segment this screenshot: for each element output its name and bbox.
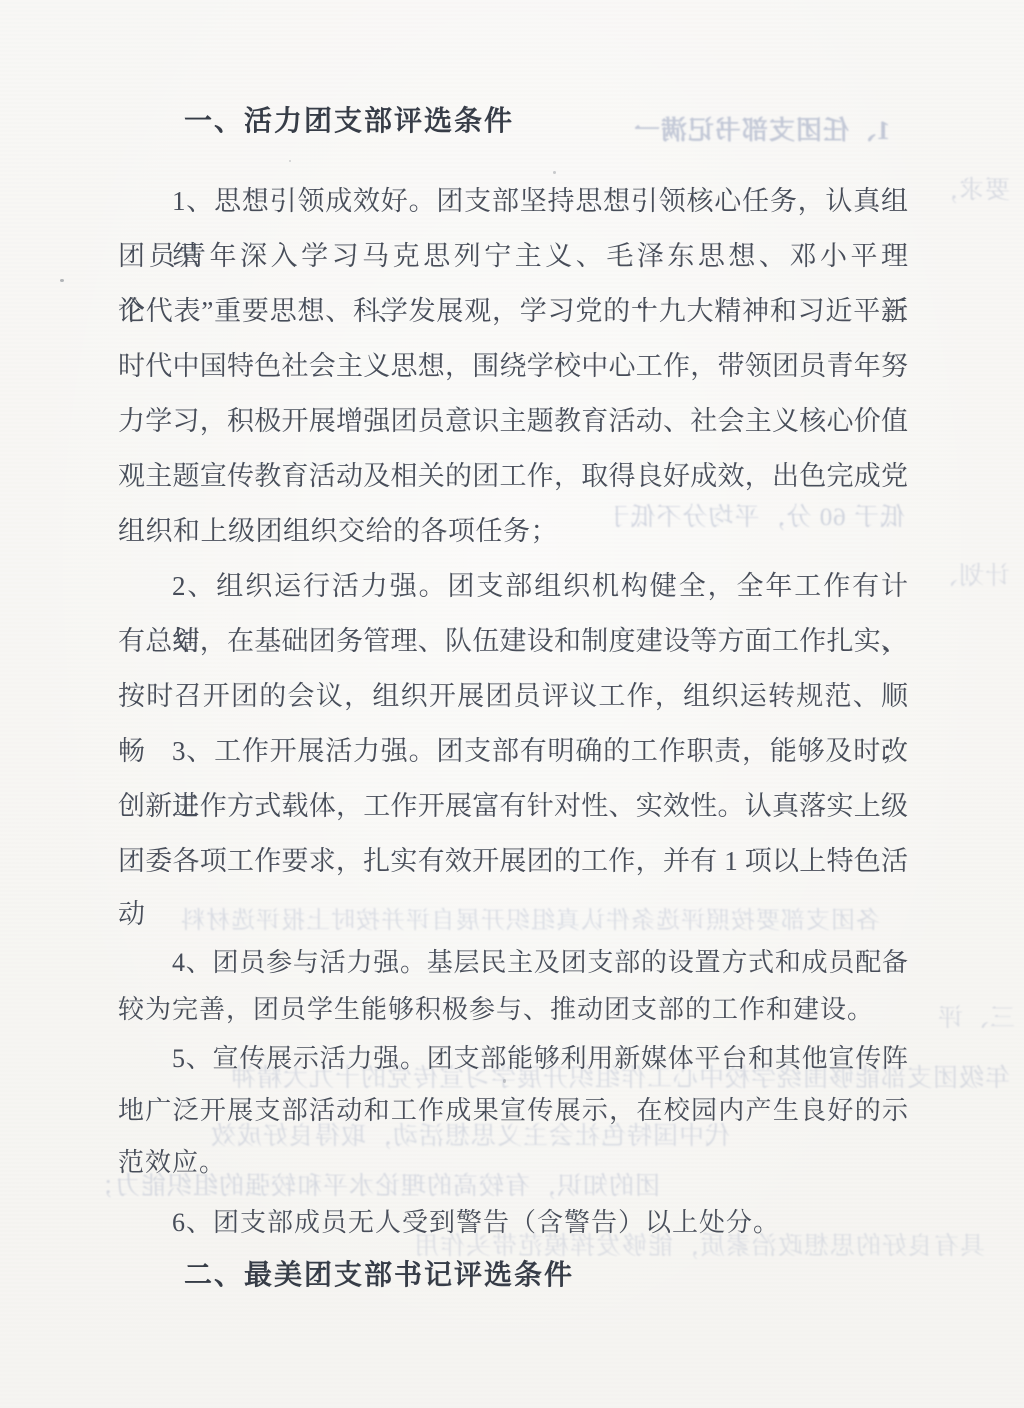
text-line: 团委各项工作要求，扎实有效开展团的工作，并有 1 项以上特色活 xyxy=(118,834,908,889)
paragraph-5: 5、宣传展示活力强。团支部能够利用新媒体平台和其他宣传阵 地广泛开展支部活动和工… xyxy=(118,1033,908,1189)
text-line: 3、工作开展活力强。团支部有明确的工作职责，能够及时改进 xyxy=(118,724,908,779)
text-line: 有总结，在基础团务管理、队伍建设和制度建设等方面工作扎实， xyxy=(118,614,908,669)
text-line: 较为完善，团员学生能够积极参与、推动团支部的工作和建设。 xyxy=(118,986,908,1033)
text-line: 团员青年深入学习马克思列宁主义、毛泽东思想、邓小平理论、“三 xyxy=(118,229,908,284)
text-line: 范效应。 xyxy=(118,1137,908,1189)
paragraph-1: 1、思想引领成效好。团支部坚持思想引领核心任务，认真组织 团员青年深入学习马克思… xyxy=(118,174,908,559)
text-line: 个代表”重要思想、科学发展观，学习党的十九大精神和习近平新 xyxy=(118,284,908,339)
document-content: 一、活力团支部评选条件 1、思想引领成效好。团支部坚持思想引领核心任务，认真组织… xyxy=(118,100,908,1299)
text-line: 地广泛开展支部活动和工作成果宣传展示，在校园内产生良好的示 xyxy=(118,1085,908,1137)
text-line: 时代中国特色社会主义思想，围绕学校中心工作，带领团员青年努 xyxy=(118,339,908,394)
paragraph-2: 2、组织运行活力强。团支部组织机构健全，全年工作有计划、 有总结，在基础团务管理… xyxy=(118,559,908,724)
text-line: 动 xyxy=(118,889,908,939)
text-line: 力学习，积极开展增强团员意识主题教育活动、社会主义核心价值 xyxy=(118,394,908,449)
text-line: 6、团支部成员无人受到警告（含警告）以上处分。 xyxy=(118,1197,908,1249)
paragraph-3: 3、工作开展活力强。团支部有明确的工作职责，能够及时改进 创新工作方式载体，工作… xyxy=(118,724,908,939)
bleedthrough-text: 要求， xyxy=(898,170,1010,206)
text-line: 1、思想引领成效好。团支部坚持思想引领核心任务，认真组织 xyxy=(118,174,908,229)
document-page: 1、任团支部书记满一学期以上 要求， 低于 60 分，平均分不低于 70 计划、… xyxy=(0,0,1024,1408)
text-line: 组织和上级团组织交给的各项任务； xyxy=(118,504,908,559)
section-heading-1: 一、活力团支部评选条件 xyxy=(118,100,908,144)
paragraph-4: 4、团员参与活力强。基层民主及团支部的设置方式和成员配备 较为完善，团员学生能够… xyxy=(118,939,908,1033)
text-line: 创新工作方式载体，工作开展富有针对性、实效性。认真落实上级 xyxy=(118,779,908,834)
text-line: 按时召开团的会议，组织开展团员评议工作，组织运转规范、顺畅； xyxy=(118,669,908,724)
text-line: 5、宣传展示活力强。团支部能够利用新媒体平台和其他宣传阵 xyxy=(118,1033,908,1085)
paragraph-6: 6、团支部成员无人受到警告（含警告）以上处分。 xyxy=(118,1197,908,1249)
text-line: 2、组织运行活力强。团支部组织机构健全，全年工作有计划、 xyxy=(118,559,908,614)
text-line: 观主题宣传教育活动及相关的团工作，取得良好成效，出色完成党 xyxy=(118,449,908,504)
scan-speck xyxy=(60,279,64,282)
text-line: 4、团员参与活力强。基层民主及团支部的设置方式和成员配备 xyxy=(118,939,908,986)
section-heading-2: 二、最美团支部书记评选条件 xyxy=(118,1253,908,1299)
